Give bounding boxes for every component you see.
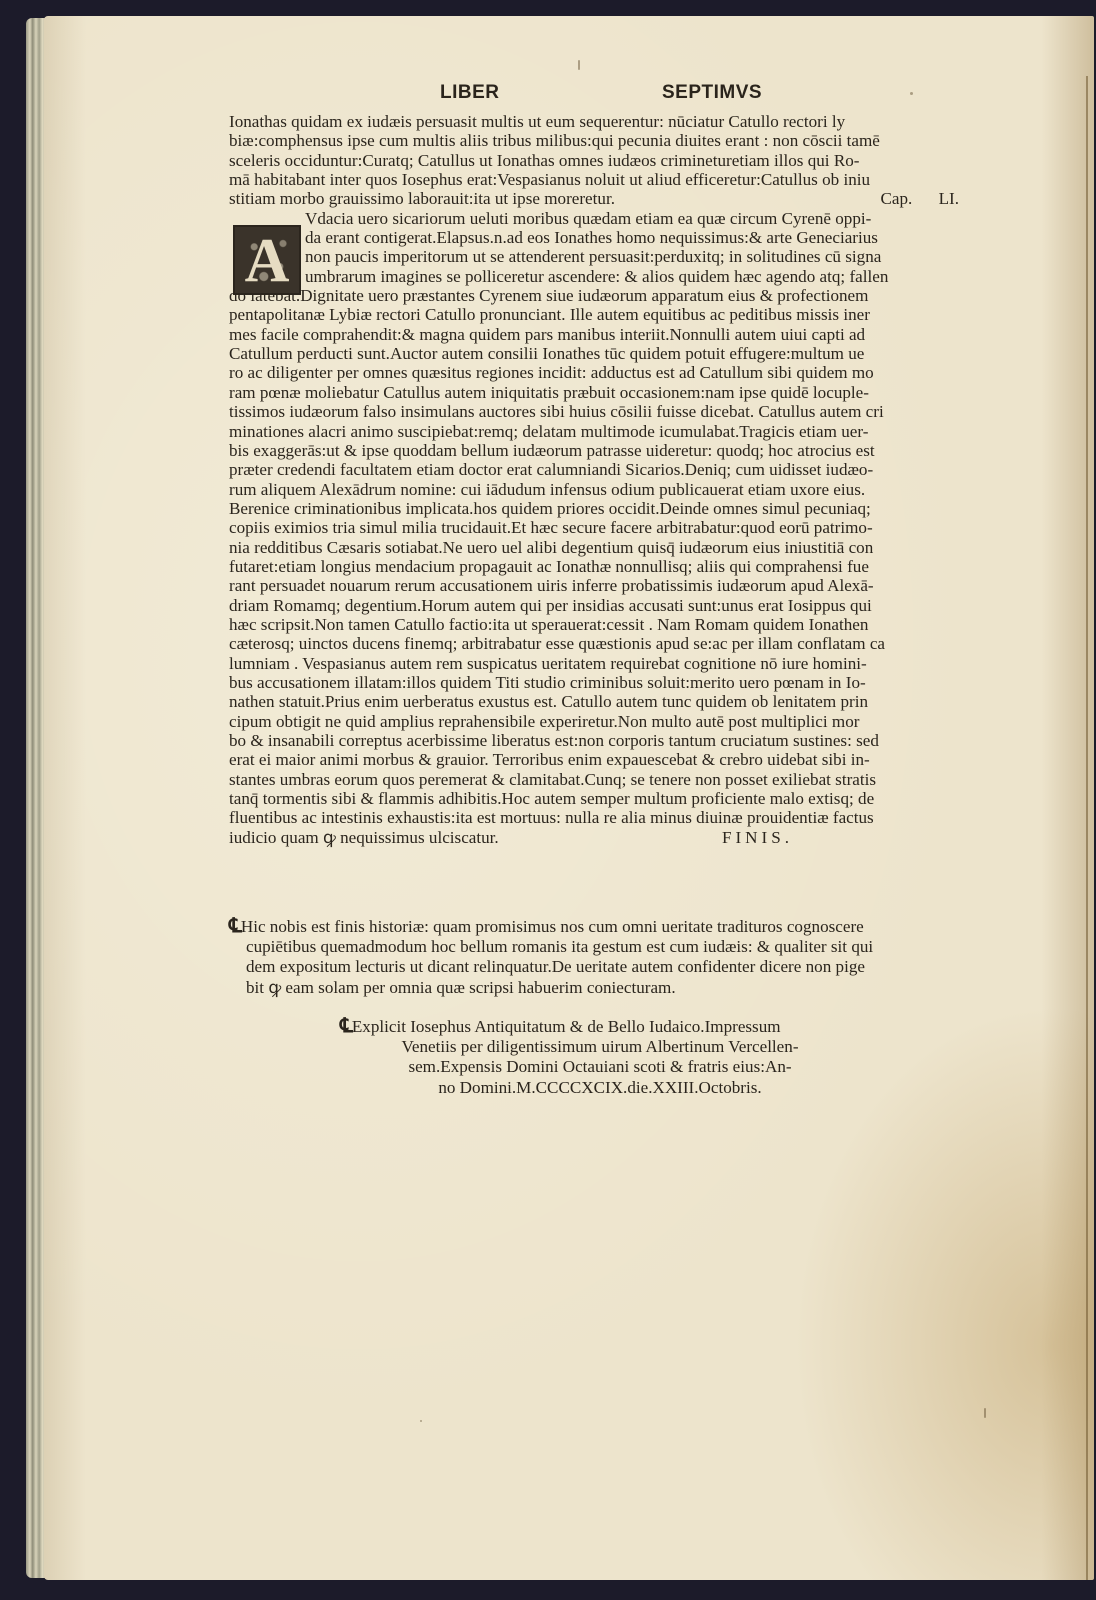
text-line: Berenice criminationibus implicata.hos q…: [229, 499, 969, 518]
text-line: ro ac diligenter per omnes quæsitus regi…: [229, 363, 969, 382]
text-line: dem expositum lecturis ut dicant relinqu…: [229, 957, 969, 978]
text-line: mes facile comprahendit:& magna quidem p…: [229, 325, 969, 344]
text-line: cipum obtigit ne quid amplius reprahensi…: [229, 712, 969, 731]
text-line: non paucis imperitorum ut se attenderent…: [229, 247, 969, 266]
epilogue-first-line: ℄Hic nobis est finis historiæ: quam prom…: [229, 916, 969, 937]
text-line: do latebat.Dignitate uero præstantes Cyr…: [229, 286, 969, 305]
text-line: minationes alacri animo suscipiebat:remq…: [229, 422, 969, 441]
text-line: erat ei maior animi morbus & grauior. Te…: [229, 750, 969, 769]
paragraph-mark-icon: ℄: [229, 915, 240, 937]
colophon: ℄Explicit Iosephus Antiquitatum & de Bel…: [340, 1016, 860, 1098]
text-line: bis exaggerās:ut & ipse quoddam bellum i…: [229, 441, 969, 460]
chapter-number: Cap. LI.: [881, 189, 960, 208]
text-line: iudicio quam ꝙ nequissimus ulciscatur.: [229, 828, 499, 847]
text-line: præter credendi facultatem etiam doctor …: [229, 460, 969, 479]
text-line: ram pœnæ moliebatur Catullus autem iniqu…: [229, 383, 969, 402]
drop-cap-letter: A: [235, 229, 299, 293]
chapter-heading-line: stitiam morbo grauissimo laborauit:ita u…: [229, 189, 969, 208]
text-line: tissimos iudæorum falso insimulans aucto…: [229, 402, 969, 421]
page-gutter: [1086, 76, 1088, 1580]
running-head: LIBER SEPTIMVS: [440, 82, 780, 108]
decorated-initial: A: [233, 225, 301, 295]
text-line: Vdacia uero sicariorum ueluti moribus qu…: [229, 209, 969, 228]
text-line: copiis eximios tria simul milia trucidau…: [229, 518, 969, 537]
text-line: Venetiis per diligentissimum uirum Alber…: [340, 1037, 860, 1058]
text-line: fluentibus ac intestinis exhaustis:ita e…: [229, 808, 969, 827]
epilogue-paragraph: ℄Hic nobis est finis historiæ: quam prom…: [229, 916, 969, 998]
finis-line: iudicio quam ꝙ nequissimus ulciscatur. F…: [229, 828, 969, 847]
text-line: stantes umbras eorum quos peremerat & cl…: [229, 770, 969, 789]
paragraph-mark-icon: ℄: [340, 1015, 351, 1037]
text-line: tanq̄ tormentis sibi & flammis adhibitis…: [229, 789, 969, 808]
text-line: pentapolitanæ Lybiæ rectori Catullo pron…: [229, 305, 969, 324]
running-head-right: SEPTIMVS: [662, 82, 762, 104]
text-line: hæc scripsit.Non tamen Catullo factio:it…: [229, 615, 969, 634]
text-line: Explicit Iosephus Antiquitatum & de Bell…: [352, 1017, 781, 1036]
text-line: rant persuadet nouarum rerum accusatione…: [229, 576, 969, 595]
main-text: Ionathas quidam ex iudæis persuasit mult…: [229, 112, 969, 847]
text-line: bus accusationem illatam:illos quidem Ti…: [229, 673, 969, 692]
text-line: driam Romamq; degentium.Horum autem qui …: [229, 596, 969, 615]
text-line: nathen statuit.Prius enim uerberatus exu…: [229, 692, 969, 711]
running-head-left: LIBER: [440, 82, 500, 104]
text-line: futaret:etiam longius mendacium propagau…: [229, 557, 969, 576]
text-line: Ionathas quidam ex iudæis persuasit mult…: [229, 112, 969, 131]
text-line: mā habitabant inter quos Iosephus erat:V…: [229, 170, 969, 189]
text-line: lumniam . Vespasianus autem rem suspicat…: [229, 654, 969, 673]
text-line: cæterosq; uinctos ducens finemq; arbitra…: [229, 634, 969, 653]
text-line: bo & insanabili correptus acerbissime li…: [229, 731, 969, 750]
text-line: sceleris occiduntur:Curatq; Catullus ut …: [229, 151, 969, 170]
text-line: bit ꝙ eam solam per omnia quæ scripsi ha…: [229, 978, 969, 999]
text-line: umbrarum imagines se polliceretur ascend…: [229, 267, 969, 286]
colophon-first-line: ℄Explicit Iosephus Antiquitatum & de Bel…: [340, 1016, 860, 1037]
text-line: sem.Expensis Domini Octauiani scoti & fr…: [340, 1057, 860, 1078]
finis-label: FINIS.: [722, 828, 793, 847]
text-line: no Domini.M.CCCCXCIX.die.XXIII.Octobris.: [340, 1078, 860, 1099]
text-line: stitiam morbo grauissimo laborauit:ita u…: [229, 189, 615, 208]
text-line: nia redditibus Cæsaris sotiabat.Ne uero …: [229, 538, 969, 557]
text-line: biæ:comphensus ipse cum multis aliis tri…: [229, 131, 969, 150]
text-line: Catullum perducti sunt.Auctor autem cons…: [229, 344, 969, 363]
text-line: Hic nobis est finis historiæ: quam promi…: [241, 917, 864, 936]
text-line: rum aliquem Alexādrum nomine: cui iādudu…: [229, 480, 969, 499]
text-line: cupiētibus quemadmodum hoc bellum romani…: [229, 937, 969, 958]
text-line: da erant contigerat.Elapsus.n.ad eos Ion…: [229, 228, 969, 247]
